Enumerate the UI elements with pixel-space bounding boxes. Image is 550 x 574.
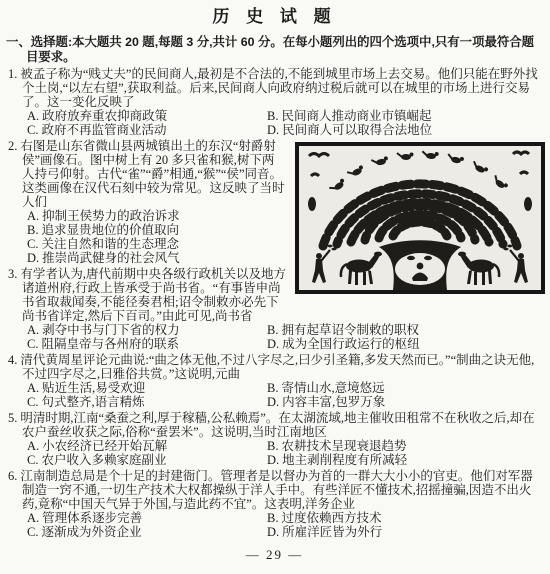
- options: A.剥夺中书与门下省的权力 B.拥有起草诏令制敕的职权 C.阻隔皇帝与各州府的联…: [27, 323, 545, 351]
- option-b: B.民间商人推动商业市镇崛起: [267, 109, 431, 123]
- question-number: 5.: [8, 411, 17, 425]
- question-number: 1.: [8, 67, 17, 81]
- option-d: D.内容丰富,包罗万象: [267, 395, 385, 409]
- page-title: 历 史 试 题: [4, 7, 545, 27]
- option-c: C.阻隔皇帝与各州府的联系: [27, 337, 267, 351]
- question-text: 清代黄周星评论元曲说:“曲之体无他,不过八字尽之,曰少引圣籍,多发天然而已。”“…: [20, 353, 534, 381]
- option-b: B.寄情山水,意境悠远: [267, 381, 385, 395]
- question-2: 2.右图是山东省微山县两城镇出土的东汉“射爵射侯”画像石。图中树上有 20 多只…: [4, 139, 545, 265]
- option-b: B.过度依赖西方技术: [267, 511, 381, 525]
- question-stem: 4.清代黄周星评论元曲说:“曲之体无他,不过八字尽之,曰少引圣籍,多发天然而已。…: [22, 353, 545, 381]
- question-text: 明清时期,江南“桑蚕之利,厚于稼穑,公私赖焉”。在太湖流域,地主催收田租常不在秋…: [20, 411, 534, 439]
- option-c: C.句式整齐,语言精炼: [27, 395, 267, 409]
- question-4: 4.清代黄周星评论元曲说:“曲之体无他,不过八字尽之,曰少引圣籍,多发天然而已。…: [4, 353, 545, 409]
- options: A.政府放弃重农抑商政策 B.民间商人推动商业市镇崛起 C.政府不再监管商业活动…: [27, 109, 545, 137]
- question-6: 6.江南制造总局是个十足的封建衙门。管理者是以督办为首的一群大大小小的官吏。他们…: [4, 469, 545, 539]
- options: A.贴近生活,易受欢迎 B.寄情山水,意境悠远 C.句式整齐,语言精炼 D.内容…: [27, 381, 545, 409]
- option-a: A.小农经济已经开始瓦解: [27, 439, 267, 453]
- question-number: 6.: [8, 469, 17, 483]
- option-a: A.贴近生活,易受欢迎: [27, 381, 267, 395]
- option-c: C.政府不再监管商业活动: [27, 123, 267, 137]
- question-stem: 6.江南制造总局是个十足的封建衙门。管理者是以督办为首的一群大大小小的官吏。他们…: [22, 469, 545, 511]
- question-stem: 1.被孟子称为“贱丈夫”的民间商人,最初是不合法的,不能到城里市场上去交易。他们…: [22, 67, 545, 109]
- question-1: 1.被孟子称为“贱丈夫”的民间商人,最初是不合法的,不能到城里市场上去交易。他们…: [4, 67, 545, 137]
- option-a: A.剥夺中书与门下省的权力: [27, 323, 267, 337]
- options: A.管理体系逐步完善 B.过度依赖西方技术 C.逐渐成为外资企业 D.所雇洋匠皆…: [27, 511, 545, 539]
- question-text: 被孟子称为“贱丈夫”的民间商人,最初是不合法的,不能到城里市场上去交易。他们只能…: [20, 67, 537, 109]
- option-d: D.民间商人可以取得合法地位: [267, 123, 432, 137]
- question-stem: 5.明清时期,江南“桑蚕之利,厚于稼穑,公私赖焉”。在太湖流域,地主催收田租常不…: [22, 411, 545, 439]
- question-text: 有学者认为,唐代前期中央各级行政机关以及地方诸道州府,行政上皆承受于尚书省。“有…: [20, 267, 286, 323]
- question-text: 江南制造总局是个十足的封建衙门。管理者是以督办为首的一群大大小小的官吏。他们对军…: [20, 469, 533, 511]
- page-number: — 29 —: [4, 548, 545, 562]
- question-number: 3.: [8, 267, 17, 281]
- option-a: A.政府放弃重农抑商政策: [27, 109, 267, 123]
- exam-page: 历 史 试 题 一、选择题:本大题共 20 题,每题 3 分,共计 60 分。在…: [0, 0, 550, 562]
- question-5: 5.明清时期,江南“桑蚕之利,厚于稼穑,公私赖焉”。在太湖流域,地主催收田租常不…: [4, 411, 545, 467]
- question-text: 右图是山东省微山县两城镇出土的东汉“射爵射侯”画像石。图中树上有 20 多只雀和…: [20, 139, 284, 209]
- section-instruction: 一、选择题:本大题共 20 题,每题 3 分,共计 60 分。在每小题列出的四个…: [4, 35, 545, 64]
- option-d: D.地主剥削程度有所减轻: [267, 453, 407, 467]
- option-a: A.管理体系逐步完善: [27, 511, 267, 525]
- option-d: D.所雇洋匠皆为外行: [267, 525, 382, 539]
- option-b: B.拥有起草诏令制敕的职权: [267, 323, 419, 337]
- question-number: 2.: [8, 139, 17, 153]
- stone-relief-figure: [295, 142, 545, 294]
- option-b: B.农耕技术呈现衰退趋势: [267, 439, 406, 453]
- option-c: C.逐渐成为外资企业: [27, 525, 267, 539]
- options: A.小农经济已经开始瓦解 B.农耕技术呈现衰退趋势 C.农户收入多赖家庭副业 D…: [27, 439, 545, 467]
- option-d: D.成为全国行政运行的枢纽: [267, 337, 420, 351]
- question-number: 4.: [8, 353, 17, 367]
- option-c: C.农户收入多赖家庭副业: [27, 453, 267, 467]
